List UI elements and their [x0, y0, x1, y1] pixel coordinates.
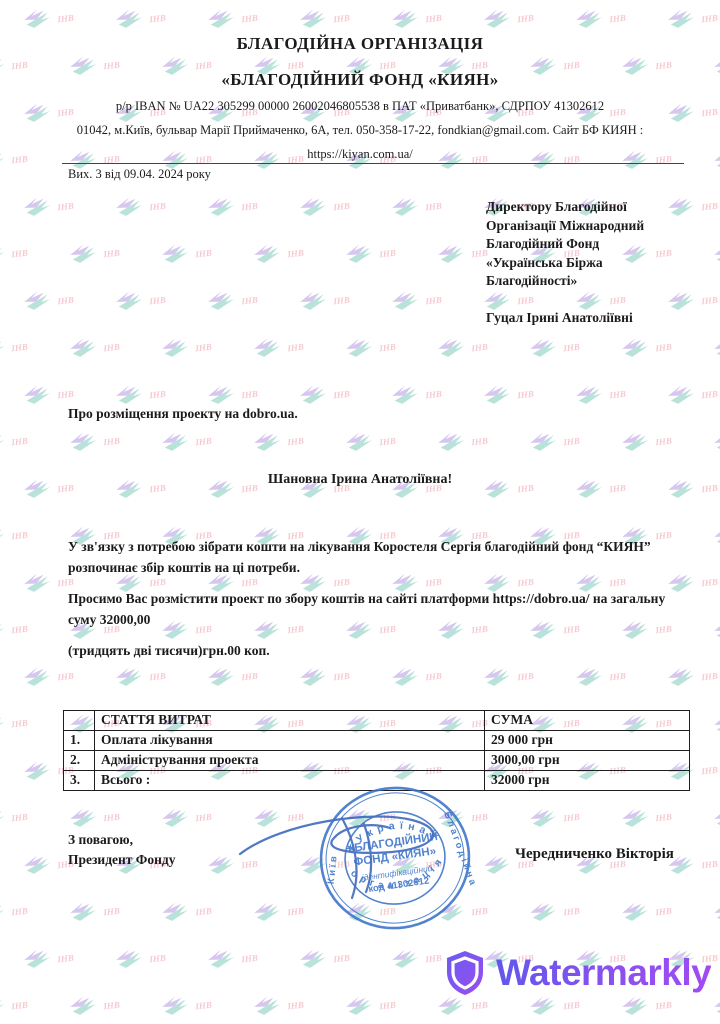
table-row: 2. Адміністрування проекта 3000,00 грн	[64, 751, 690, 771]
row-number: 1.	[64, 731, 95, 751]
body-paragraph-3: (тридцять дві тисячи)грн.00 коп.	[68, 640, 270, 661]
address-line: 01042, м.Київ, бульвар Марії Приймаченко…	[0, 123, 720, 138]
website-link[interactable]: https://kiyan.com.ua/	[0, 147, 720, 162]
row-number: 3.	[64, 771, 95, 791]
table-header-sum: СУМА	[485, 711, 690, 731]
org-name-line1: БЛАГОДІЙНА ОРГАНІЗАЦІЯ	[0, 34, 720, 54]
org-name-line2: «БЛАГОДІЙНИЙ ФОНД «КИЯН»	[0, 70, 720, 90]
signatory-name: Чередниченко Вікторія	[515, 846, 674, 863]
reference-line: Вих. 3 від 09.04. 2024 року	[68, 167, 211, 182]
row-sum: 29 000 грн	[485, 731, 690, 751]
org-stamp: ✶ У к р а ї н а ✶ о р г а н і з а ц і я …	[222, 780, 492, 938]
recipient-line: Благодійності»	[486, 272, 676, 291]
row-number: 2.	[64, 751, 95, 771]
watermarkly-wordmark: Watermarkly	[496, 952, 711, 994]
shield-icon	[444, 950, 486, 996]
signature-block: З повагою, Президент Фонду	[68, 830, 176, 870]
body-paragraph-1: У зв'язку з потребою зібрати кошти на лі…	[68, 536, 670, 578]
stamp-ring-left-text: К и ї в	[326, 856, 340, 885]
body-paragraph-2: Просимо Вас розмістити проект по збору к…	[68, 588, 684, 630]
header-divider	[62, 163, 684, 164]
table-header-num	[64, 711, 95, 731]
recipient-line: Організації Міжнародний	[486, 217, 676, 236]
row-sum: 3000,00 грн	[485, 751, 690, 771]
document-page: ІНВ БЛАГОДІЙНА ОРГАНІЗАЦІЯ «БЛАГОДІЙНИЙ …	[0, 0, 720, 1024]
costs-table: СТАТТЯ ВИТРАТ СУМА 1. Оплата лікування 2…	[63, 710, 690, 791]
signature-title: Президент Фонду	[68, 850, 176, 870]
signature-closing: З повагою,	[68, 830, 176, 850]
row-item: Адміністрування проекта	[95, 751, 485, 771]
row-sum: 32000 грн	[485, 771, 690, 791]
table-header-row: СТАТТЯ ВИТРАТ СУМА	[64, 711, 690, 731]
row-item: Оплата лікування	[95, 731, 485, 751]
salutation: Шановна Ірина Анатоліївна!	[0, 472, 720, 488]
subject-line: Про розміщення проекту на dobro.ua.	[68, 406, 298, 422]
recipient-line: «Українська Біржа	[486, 254, 676, 273]
watermarkly-branding: Watermarkly	[444, 950, 711, 996]
table-header-item: СТАТТЯ ВИТРАТ	[95, 711, 485, 731]
recipient-block: Директору Благодійної Організації Міжнар…	[486, 198, 676, 328]
recipient-name: Гуцал Ірині Анатоліївні	[486, 309, 676, 328]
table-row: 1. Оплата лікування 29 000 грн	[64, 731, 690, 751]
recipient-line: Благодійний Фонд	[486, 235, 676, 254]
recipient-line: Директору Благодійної	[486, 198, 676, 217]
bank-details: р/р IBAN № UA22 305299 00000 26002046805…	[0, 99, 720, 114]
